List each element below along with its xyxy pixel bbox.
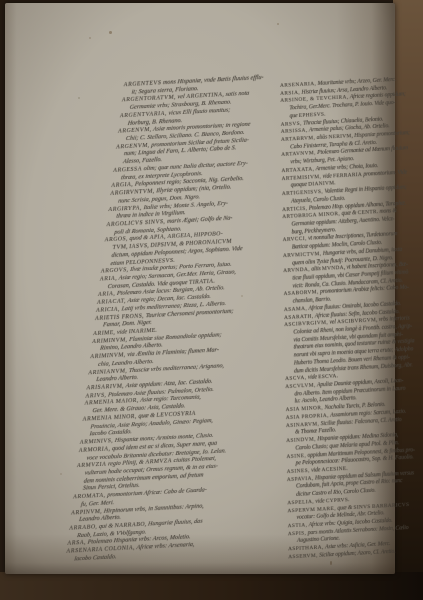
- paper-speck: [330, 561, 332, 565]
- paper-speck: [89, 37, 91, 39]
- paper-speck: [60, 473, 62, 475]
- paper-speck: [277, 23, 279, 25]
- index-column-left: ARGENTEVS mons Hispaniæ, vnde Bætis fluu…: [64, 74, 273, 566]
- paper-speck: [109, 31, 112, 34]
- book-page: ARGENTEVS mons Hispaniæ, vnde Bætis fluu…: [5, 3, 395, 574]
- photo-background-bottom: [0, 572, 423, 600]
- index-column-right: ARSENARIA, Mauritaniæ vrbs; Arzeo, Ger. …: [280, 77, 404, 563]
- paper-speck: [78, 97, 80, 99]
